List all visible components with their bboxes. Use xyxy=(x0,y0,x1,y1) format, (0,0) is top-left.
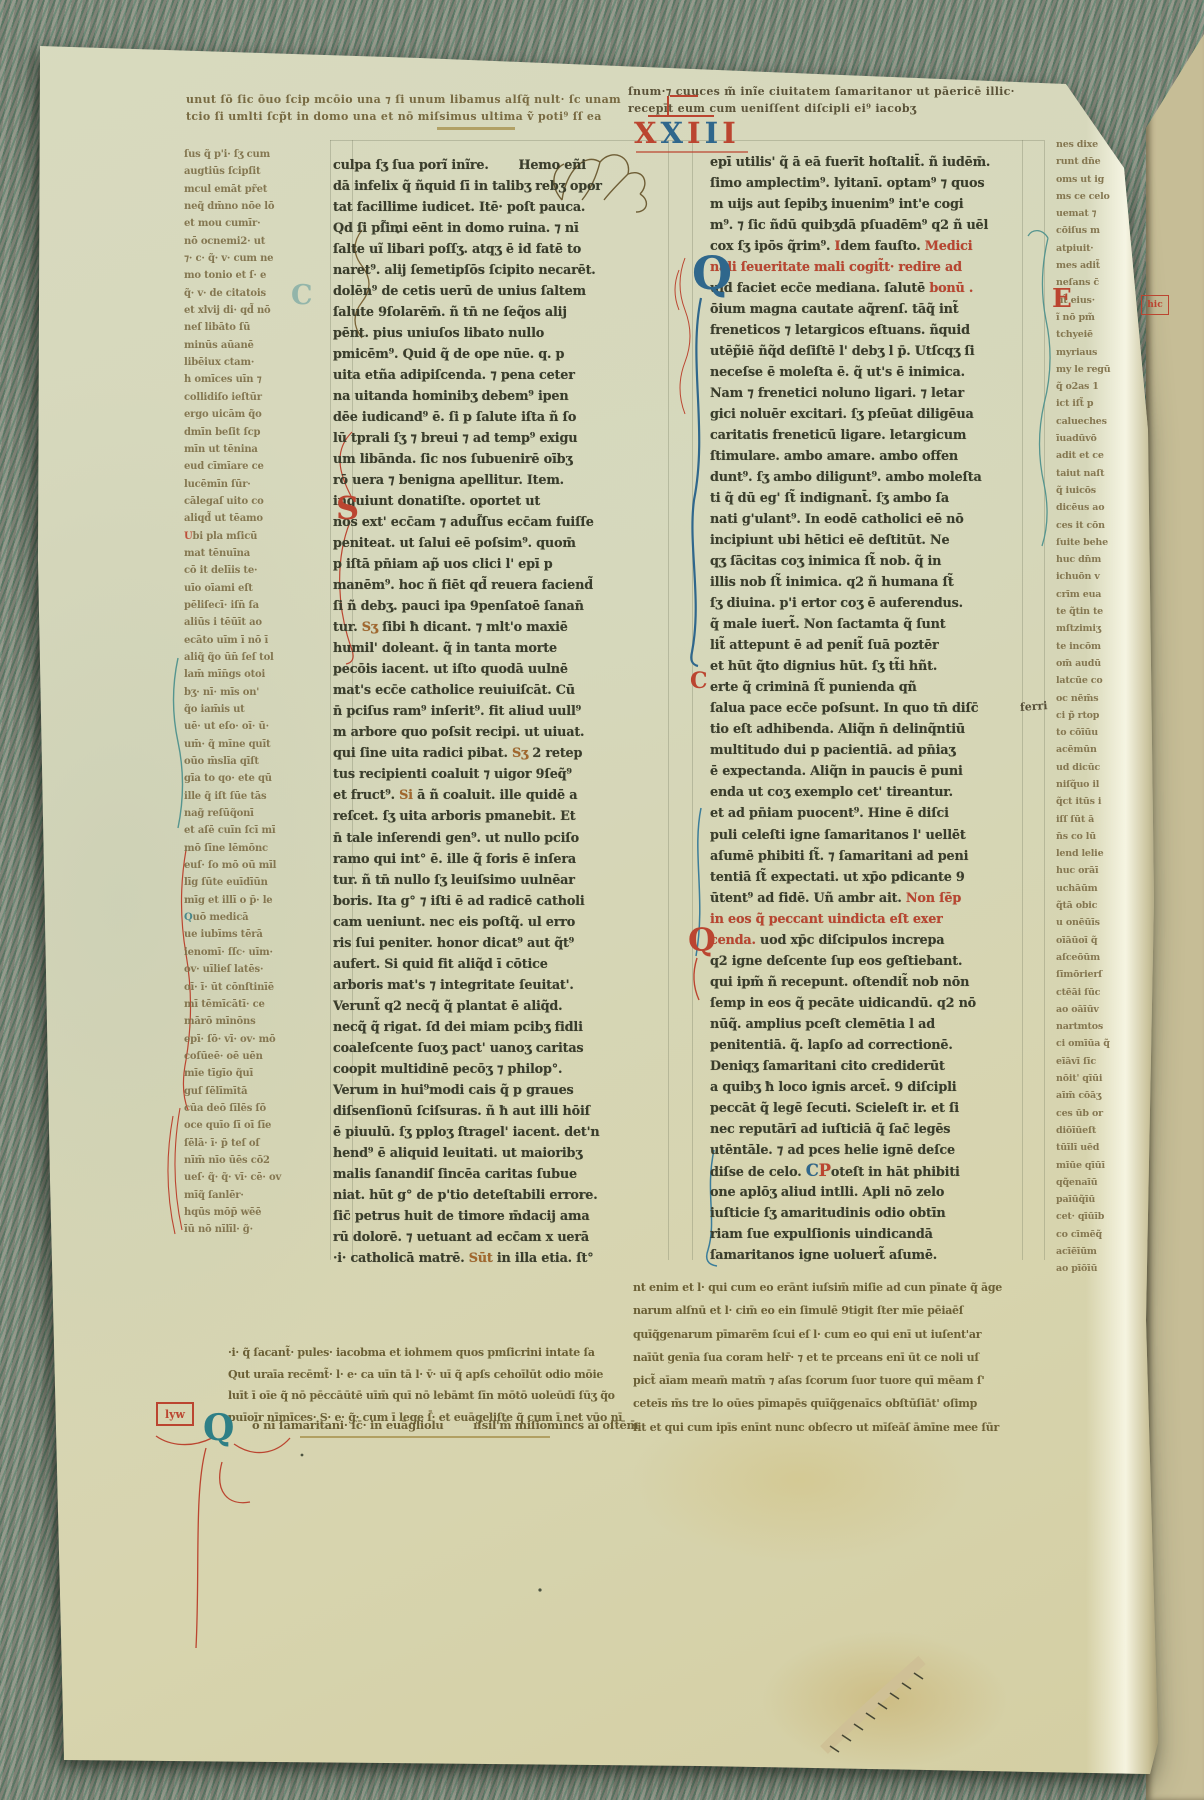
text-line: te incōm xyxy=(1056,638,1136,655)
text-line: tus recipienti coaluit ⁊ uigor 9ſeq̃⁹ xyxy=(333,764,668,785)
text-line: lū tprali ſʒ ⁊ breui ⁊ ad temp⁹ exigu xyxy=(333,428,668,449)
text-line: epī· ſō· vī· ov· mō xyxy=(184,1031,324,1048)
text-line: tūīlī uēd xyxy=(1056,1139,1136,1156)
text-line: nō ocnemi2· ut xyxy=(184,233,324,250)
text-line: ſtimulare. ambo amare. ambo offen xyxy=(710,446,1018,467)
text-line: diſsenſionū ſciſsuras. ñ ħ aut illi hōiſ xyxy=(333,1101,668,1122)
text-line: pēnt. pius uniuſos libato nullo xyxy=(333,323,668,344)
text-line: XXIII xyxy=(634,118,740,148)
underline-mark xyxy=(300,1436,550,1438)
text-line: mīūe qīūī xyxy=(1056,1157,1136,1174)
text-line: q̃tā obic xyxy=(1056,897,1136,914)
text-line: Verunt̃ q2 necq̃ q̃ plantat ē aliq̃d. xyxy=(333,996,668,1017)
text-line: hend⁹ ē aliquid leuitati. ut maioribʒ xyxy=(333,1143,668,1164)
text-line: mſtzimiʒ xyxy=(1056,620,1136,637)
text-line: niſq̃uo il xyxy=(1056,776,1136,793)
text-line: dēe iudicand⁹ ē. ſi p ſalute iſta ñ ſo xyxy=(333,407,668,428)
text-line: n̄s co lū xyxy=(1056,828,1136,845)
initial-q-red: Q xyxy=(688,924,716,956)
text-line: mārō mīnōns xyxy=(184,1013,324,1030)
marginal-note-ferri: ferri xyxy=(1020,699,1048,714)
text-line: ichuōn v xyxy=(1056,568,1136,585)
text-line: ſnum·⁊ cuuces m̃ inĩe ciuitatem ſamarita… xyxy=(628,84,928,101)
text-line: q̃ male iuert̃. Non ſactamta q̃ ſunt xyxy=(710,614,1018,635)
text-line: ict iſt̃ p xyxy=(1056,395,1136,412)
text-line: euſ· ſo mō oū mīl xyxy=(184,857,324,874)
text-line: dicēus ao xyxy=(1056,499,1136,516)
text-line: oīāūoī q̃ xyxy=(1056,932,1136,949)
text-line: ōium magna cautate aq̃renſ. tāq̃ int̃ xyxy=(710,299,1018,320)
text-line: ⁊· c· q̃· v· cum ne xyxy=(184,250,324,267)
text-line: adit et ce xyxy=(1056,447,1136,464)
text-line: coopit multidinē pecōʒ ⁊ philop°. xyxy=(333,1059,668,1080)
text-line: hqūs mōp̄ wēē xyxy=(184,1204,324,1221)
text-line: nag̃ reſūq̃onī xyxy=(184,805,324,822)
text-line: nt enim et l· qui cum eo erānt iuſsim̄ m… xyxy=(633,1276,1033,1299)
text-line: atpiuit· xyxy=(1056,240,1136,257)
text-line: Qut uraīa recēmt̃· l· e· ca uīn tā l· v̄… xyxy=(228,1364,698,1386)
text-line: co cīmēq̃ xyxy=(1056,1226,1136,1243)
text-line: mcul emāt pr̃et xyxy=(184,181,324,198)
text-line: uchāūm xyxy=(1056,880,1136,897)
text-line: ces ūb or xyxy=(1056,1105,1136,1122)
text-line: lend lelie xyxy=(1056,845,1136,862)
text-line: cet· qīūīb xyxy=(1056,1208,1136,1225)
text-line: niat. hūt g° de p'tio deteſtabili errore… xyxy=(333,1185,668,1206)
text-line: oūo m̄slīa qīſt xyxy=(184,753,324,770)
text-line: guſ ſēlīmītā xyxy=(184,1083,324,1100)
text-line: ē expectanda. Aliq̃n in paucis ē puni xyxy=(710,761,1018,782)
text-line: mīn ut tēnina xyxy=(184,441,324,458)
initial-c-red: C xyxy=(690,670,708,692)
text-line: ris ſui peniter. honor dicat⁹ aut q̃t⁹ xyxy=(333,933,668,954)
text-line: ·i· catholicā matrē. Sūt in illa etia. ſ… xyxy=(333,1248,668,1269)
text-line: neſ libāto ſū xyxy=(184,319,324,336)
text-line: oī· ī· ūt cōnſtinīē xyxy=(184,979,324,996)
text-line: lam̄ mīn̄gs otoi xyxy=(184,666,324,683)
text-line: oms ut ig xyxy=(1056,171,1136,188)
text-line: cālegaſ uito co xyxy=(184,493,324,510)
text-line: boris. Ita g° ⁊ iſti ē ad radicē catholi xyxy=(333,891,668,912)
text-line: ecāto uīm ī nō ī xyxy=(184,632,324,649)
text-line: ·i· q̃ ſacant̃· pules· iacobma et iohmem… xyxy=(228,1342,698,1364)
text-line: m⁹. ⁊ ſic ñdū quibʒdā pſuadēm⁹ q2 ñ uēl xyxy=(710,215,1018,236)
text-line: ienomī· ſſc· uīm· xyxy=(184,944,324,961)
text-line: eud cīmīare ce xyxy=(184,458,324,475)
text-line: myriaus xyxy=(1056,344,1136,361)
text-line: m uijs aut ſepibʒ inuenim⁹ int'e cogi xyxy=(710,194,1018,215)
text-line: mō ſīne lēmōnc xyxy=(184,840,324,857)
text-line: mes adit̃ xyxy=(1056,257,1136,274)
text-line: aliqd̃ ut tēamo xyxy=(184,510,324,527)
text-line: pecōis iacent. ut iſto quodā uulnē xyxy=(333,659,668,680)
text-line: in eos q̃ peccant uindicta eſt exer xyxy=(710,909,1018,930)
text-line: iuſticie ſʒ amaritudinis odio obtīn xyxy=(710,1203,1018,1224)
text-line: līg ſūte euīdīūn xyxy=(184,874,324,891)
text-line: n̄ tale inſerendi gen⁹. ut nullo pciſo xyxy=(333,828,668,849)
text-line: diōīūeſt xyxy=(1056,1122,1136,1139)
text-line: cōiſus m xyxy=(1056,222,1136,239)
text-line: ces it cōn xyxy=(1056,517,1136,534)
text-line: aſceōūm xyxy=(1056,949,1136,966)
text-line: malis ſanandiſ ſincēa caritas ſubue xyxy=(333,1164,668,1185)
text-line: Quō medicā xyxy=(184,909,324,926)
text-line: et aſē cuīn ſcī mī xyxy=(184,822,324,839)
text-line: latcūe co xyxy=(1056,672,1136,689)
text-line: uita etña adipiſcenda. ⁊ pena ceter xyxy=(333,365,668,386)
ruling-line xyxy=(330,140,331,1260)
text-line: ſalute 9ſolarēm̄. ñ tn̄ ne ſeq̃os alij xyxy=(333,302,668,323)
text-line: m arbore quo poſsit recipi. ut uiuat. xyxy=(333,722,668,743)
text-line: epī utilis' q̃ ā eā fuerīt hoſtalit̄. ñ … xyxy=(710,152,1018,173)
text-line: collidiſo ieſtūr xyxy=(184,389,324,406)
text-line: multitudo dui p pacientiā. ad pn̄iaʒ xyxy=(710,740,1018,761)
text-line: uē· ut eſo· oī· ū· xyxy=(184,718,324,735)
text-line: iſſ ſūt ā xyxy=(1056,811,1136,828)
text-line: lucēmīn ſūr· xyxy=(184,476,324,493)
text-line: nati g'ulant⁹. In eodē catholici eē nō xyxy=(710,509,1018,530)
text-line: peccāt q̃ legē ſecuti. Scieleſt ir. et ſ… xyxy=(710,1098,1018,1119)
text-line: aīm̄ cōāʒ xyxy=(1056,1087,1136,1104)
text-line: īuadūvō xyxy=(1056,430,1136,447)
text-line: tat facillime iudicet. Itē· poſt pauca. xyxy=(333,197,668,218)
text-line: necq̃ q̃ rigat. ſd dei miam pcibʒ fidli xyxy=(333,1017,668,1038)
text-line: calueches xyxy=(1056,413,1136,430)
text-line: paīūq̃īū xyxy=(1056,1191,1136,1208)
text-line: inquiunt donatiſte. oportet ut xyxy=(333,491,668,512)
top-right-text: ſnum·⁊ cuuces m̃ inĩe ciuitatem ſamarita… xyxy=(628,84,928,117)
text-line: h omīces uīn ⁊ xyxy=(184,371,324,388)
text-line: taiut naſt xyxy=(1056,465,1136,482)
text-line: nec reputārī ad iuſticiā q̃ ſac̄ legēs xyxy=(710,1119,1018,1140)
text-line: acēmūn xyxy=(1056,741,1136,758)
main-column-2: epī utilis' q̃ ā eā fuerīt hoſtalit̄. ñ … xyxy=(710,152,1018,1266)
ruling-line xyxy=(668,140,669,1260)
text-line: my le regū xyxy=(1056,361,1136,378)
text-line: aufert. Si quid fit aliq̃d ī cōtice xyxy=(333,954,668,975)
text-line: huc dn̄m xyxy=(1056,551,1136,568)
text-line: puli celeſti igne ſamaritanos l' uellēt xyxy=(710,825,1018,846)
text-line: u onēūīs xyxy=(1056,914,1136,931)
text-line: cūa deō ſīlēs ſō xyxy=(184,1100,324,1117)
text-line: uemat ⁊ xyxy=(1056,205,1136,222)
initial-q-blue: Q xyxy=(692,250,732,296)
text-line: ms ce celo xyxy=(1056,188,1136,205)
text-line: ud dicūc xyxy=(1056,759,1136,776)
text-line: ſuite behe xyxy=(1056,534,1136,551)
text-line: aliūs i tēūīt ao xyxy=(184,614,324,631)
text-line: ctēāi ſūc xyxy=(1056,984,1136,1001)
marginal-red-box-hic: hic xyxy=(1141,295,1169,315)
text-line: runt dn̄e xyxy=(1056,153,1136,170)
text-line: coſūeē· oē uēn xyxy=(184,1048,324,1065)
text-line: a quibʒ ħ loco ignis arcet̄. 9 diſcipli xyxy=(710,1077,1018,1098)
text-line: incipiunt ubi hētici eē deſtitūt. Ne xyxy=(710,530,1018,551)
text-line: enda ut coʒ exemplo cet' tireantur. xyxy=(710,782,1018,803)
text-line: rō uera ⁊ benigna apellitur. Item. xyxy=(333,470,668,491)
text-line: utēp̃iē ñq̃d deſiſtē l' debʒ l p̄. Utſcq… xyxy=(710,341,1018,362)
text-line: nūq̃. amplius pceſt clemētia l ad xyxy=(710,1014,1018,1035)
text-line: ē piuulū. ſʒ pploʒ ſtragel' iacent. det'… xyxy=(333,1122,668,1143)
text-line: tur. ñ tn̄ nullo ſʒ leuiſsimo uulnēar xyxy=(333,870,668,891)
text-line: qui ſine uita radici pibat. Sʒ 2 retep xyxy=(333,743,668,764)
text-line: uīo oīami eſt xyxy=(184,580,324,597)
text-line: manēm⁹. hoc ñ fiēt qd̃ reuera faciend̃ xyxy=(333,575,668,596)
text-line: um libānda. ſic nos ſubuenirē oībʒ xyxy=(333,449,668,470)
text-line: erte q̃ criminā ſt̃ punienda qñ xyxy=(710,677,1018,698)
text-line: dmīn beſit ſcp xyxy=(184,424,324,441)
text-line: nali ſeueritate mali cogit̃t· redire ad xyxy=(710,257,1018,278)
text-line: dā infelix q̃ ñquid ſī in talibʒ rebʒ op… xyxy=(333,176,668,197)
text-line: utēntāle. ⁊ ad pces helie ignē deſce xyxy=(710,1140,1018,1161)
text-line: gīa to qo· ete qū xyxy=(184,770,324,787)
text-line: naret⁹. alij ſemetipſōs ſcipito necarēt. xyxy=(333,260,668,281)
text-line: et mou cumīr· xyxy=(184,215,324,232)
text-line: cō it delīis te· xyxy=(184,562,324,579)
text-line: aſumē phibiti ſt̃. ⁊ ſamaritani ad peni xyxy=(710,846,1018,867)
text-line: gici noluēr excitari. ſʒ pſeūat diligēua xyxy=(710,404,1018,425)
text-line: ſīmōrierſ xyxy=(1056,966,1136,983)
text-line: tur. Sʒ ſibi ħ dicant. ⁊ mlt'o maxiē xyxy=(333,617,668,638)
text-line: um̄· q̃ mīne quīt xyxy=(184,736,324,753)
text-line: acīēīūm xyxy=(1056,1243,1136,1260)
text-line: oce quīo ſī oī ſīe xyxy=(184,1117,324,1134)
text-line: te q̃tin te xyxy=(1056,603,1136,620)
text-line: pēliſecī· iſn̄ ſa xyxy=(184,597,324,614)
text-line: mīe tīgīo q̃uī xyxy=(184,1065,324,1082)
text-line: ramo qui int° ē. ille q̃ foris ē inſera xyxy=(333,849,668,870)
underline-mark xyxy=(437,127,515,130)
bottom-boxed-line: ō nī ſamaritani· ſc̄· in euāgliolu ıſsil… xyxy=(252,1414,972,1437)
text-line: ci p̃ rtop xyxy=(1056,707,1136,724)
text-line: arboris mat's ⁊ integritate ſeuitat'. xyxy=(333,975,668,996)
text-line: luīt ī oīe q̃ nō pēccāūtē uīm̄ quī nō le… xyxy=(228,1385,698,1407)
text-line: aliq̃ q̃o ūn̄ ſeſ tol xyxy=(184,649,324,666)
text-line: bʒ· nī· mīs on' xyxy=(184,684,324,701)
text-line: dunt⁹. ſʒ ambo diligunt⁹. ambo moleſta xyxy=(710,467,1018,488)
text-line: q2 igne deſcente ſup eos geſtiebant. xyxy=(710,951,1018,972)
text-line: q̃ iuicōs xyxy=(1056,482,1136,499)
text-line: Ubi pla mſicū xyxy=(184,528,324,545)
text-line: ſic̄ petrus huit de timore m̄dacij ama xyxy=(333,1206,668,1227)
initial-c-teal: C xyxy=(291,282,313,309)
text-line: ov· uīlieſ latēs· xyxy=(184,961,324,978)
main-column-1: culpa ſʒ ſua porĩ inĩre. Hemo eñidā infe… xyxy=(333,155,668,1269)
text-line: libēiux ctam· xyxy=(184,354,324,371)
text-line: ao oāīūv xyxy=(1056,1001,1136,1018)
text-line: Nam ⁊ frenetici noluno ligari. ⁊ letar xyxy=(710,383,1018,404)
text-line: reſcet. ſʒ uita arboris pmanebit. Et xyxy=(333,806,668,827)
text-line: tentiā ſt̃ expectati. ut xp̄o pdicante 9 xyxy=(710,867,1018,888)
text-line: qq̃enaīū xyxy=(1056,1174,1136,1191)
text-line: mat's ecc̄e catholice reuiuiſcāt. Cū xyxy=(333,680,668,701)
text-line: ille q̃ iſt ſūe tās xyxy=(184,788,324,805)
text-line: freneticos ⁊ letargicos eſtuans. ñquid xyxy=(710,320,1018,341)
red-box-lyw: lyw xyxy=(156,1402,194,1426)
text-line: qui ipm̃ ñ recepunt. oſtendit̃ nob nōn xyxy=(710,972,1018,993)
text-line: ſʒ diuina. p'i ertor coʒ ē auferendus. xyxy=(710,593,1018,614)
text-line: nīm̄ nīo ūēs cō2 xyxy=(184,1152,324,1169)
text-line: tio eſt adhibenda. Aliq̃n n̄ delinq̃ntiū xyxy=(710,719,1018,740)
text-line: tchyeiē xyxy=(1056,326,1136,343)
text-line: ſamaritanos igne uoluert̃ aſumē. xyxy=(710,1245,1018,1266)
text-line: nartmtos xyxy=(1056,1018,1136,1035)
text-line: coaleſcente ſuoʒ pact' uanoʒ caritas xyxy=(333,1038,668,1059)
text-line: ergo uicām q̃o xyxy=(184,406,324,423)
text-line: et fruct⁹. Si ā ñ coaluit. ille quidē a xyxy=(333,785,668,806)
text-line: oc nēm̄s xyxy=(1056,690,1136,707)
text-line: lit̃ attepunt ē ad penit̃ ſuā poztēr xyxy=(710,635,1018,656)
text-line: om̄ audū xyxy=(1056,655,1136,672)
text-line: ue iubīms tērā xyxy=(184,926,324,943)
initial-s: S xyxy=(336,492,359,524)
text-line: q̃ct itūs i xyxy=(1056,793,1136,810)
text-line: crīm eua xyxy=(1056,586,1136,603)
text-line: narum alſnū et l· cim̄ eo ein ſimulē 9ti… xyxy=(633,1299,1033,1322)
text-line: ci omīūa q̃ xyxy=(1056,1035,1136,1052)
text-line: Verum in hui⁹modi cais q̃ p graues xyxy=(333,1080,668,1101)
text-line: Deniqʒ ſamaritani cito crediderūt xyxy=(710,1056,1018,1077)
text-line: et hūt q̃to dignius hūt. ſʒ tt̃i hñt. xyxy=(710,656,1018,677)
text-line: ſus q̃ p'i· ſʒ cum xyxy=(184,146,324,163)
text-line: mīq̃ ſanlēr· xyxy=(184,1187,324,1204)
text-line: culpa ſʒ ſua porĩ inĩre. Hemo eñi xyxy=(333,155,668,176)
text-line: mī tēmīcātī· ce xyxy=(184,996,324,1013)
text-line: dolēn⁹ de cetis uerū de unius ſaltem xyxy=(333,281,668,302)
text-line: ti q̃ dū eg' ſt̃ indignant̄. ſʒ ambo ſa xyxy=(710,488,1018,509)
text-line: īū nō nīlīl· g̃· xyxy=(184,1221,324,1238)
text-line: recepīt eum cum ueniſſent diſcipli ei⁹ i… xyxy=(628,101,928,118)
text-line: ſemp in eos q̃ pecāte uidicandū. q2 nō xyxy=(710,993,1018,1014)
text-line: q̃ o2as 1 xyxy=(1056,378,1136,395)
text-line: q̃o iam̄is ut xyxy=(184,701,324,718)
text-line: nes dixe xyxy=(1056,136,1136,153)
text-line: penitentiā. q̃. lapſo ad correctionē. xyxy=(710,1035,1018,1056)
text-line: nos ext' ecc̄am ⁊ aduſ̃ſus ecc̄am fuiſſe xyxy=(333,512,668,533)
text-line: neq̃ dm̄no nōe lō xyxy=(184,198,324,215)
text-line: n̄ pciſus ram⁹ inſerit⁹. fit aliud uull⁹ xyxy=(333,701,668,722)
text-line: pmicēm⁹. Quid q̃ de ope nūe. q. p xyxy=(333,344,668,365)
initial-e-red: E xyxy=(1052,286,1072,312)
text-line: cam ueniunt. nec eis poſtq̃. ul erro xyxy=(333,912,668,933)
text-line: humil' doleant. q̃ in tanta morte xyxy=(333,638,668,659)
text-line: ſimo amplectim⁹. lyitanī. optam⁹ ⁊ quos xyxy=(710,173,1018,194)
text-line: to cōīūu xyxy=(1056,724,1136,741)
text-line: eīāvī ſīc xyxy=(1056,1053,1136,1070)
text-line: Qd ſi pſ̃imi eēnt in domo ruina. ⁊ nī xyxy=(333,218,668,239)
text-line: nōit' qīūi xyxy=(1056,1070,1136,1087)
ruling-line xyxy=(692,140,693,1260)
text-line: ſalte uĩ libari poſſʒ. atqʒ ē id fatē to xyxy=(333,239,668,260)
text-line: minūs aūanē xyxy=(184,337,324,354)
text-line: ueſ· q̃· q̃· vī· cē· ov xyxy=(184,1169,324,1186)
text-line: mat tēnuīna xyxy=(184,545,324,562)
text-line: ſēlā· ī· p̄ teſ oſ xyxy=(184,1135,324,1152)
text-line: na uitanda hominibʒ debem⁹ ipen xyxy=(333,386,668,407)
text-line: neceſse ē moleſta ē. q̃ ut's ē inimica. xyxy=(710,362,1018,383)
initial-q-teal-bottom: Q xyxy=(203,1410,234,1446)
text-line: p iſtā pn̄iam ap̃ uos clici l' epī p xyxy=(333,554,668,575)
text-line: huc orāī xyxy=(1056,862,1136,879)
text-line: diſse de celo. CPoteſt in hāt phibiti xyxy=(710,1161,1018,1182)
text-line: ſi ñ debʒ. pauci ipa 9penſatoē ſanan̄ xyxy=(333,596,668,617)
text-line: cox ſʒ ipōs q̃rim⁹. Idem fauſto. Medici xyxy=(710,236,1018,257)
text-line: uid faciet ecc̄e mediana. ſalutē bonū . xyxy=(710,278,1018,299)
text-line: mīg et illī o p̄· le xyxy=(184,892,324,909)
text-line: ſalua pace ecc̄e poſsunt. In quo tn̄ diſ… xyxy=(710,698,1018,719)
text-line: one aplōʒ aliud intlli. Apli nō zelo xyxy=(710,1182,1018,1203)
text-line: et ad pn̄iam puocent⁹. Hine ē diſci xyxy=(710,803,1018,824)
text-line: augtiūs ſcipſit xyxy=(184,163,324,180)
text-line: peniteat. ut ſalui eē poſsim⁹. quom̄ xyxy=(333,533,668,554)
text-line: rū dolorē. ⁊ uetuant ad ecc̄am x uerā xyxy=(333,1227,668,1248)
text-line: illis nob ſt̃ inimica. q2 ñ humana ſt̃ xyxy=(710,572,1018,593)
text-line: cenda. uod xp̄c diſcipulos increpa xyxy=(710,930,1018,951)
text-line: riam ſue expulſionis uindicandā xyxy=(710,1224,1018,1245)
text-line: ūtent⁹ ad fidē. Uñ ambr ait. Non ſēp xyxy=(710,888,1018,909)
text-line: caritatis freneticū ligare. letargicum xyxy=(710,425,1018,446)
chapter-number: XXIII xyxy=(634,118,740,148)
bottom-boxed-line-text: ō nī ſamaritani· ſc̄· in euāgliolu ıſsil… xyxy=(252,1414,972,1437)
text-line: qʒ ſācitas coʒ inimica ſt̃ nob. q̃ in xyxy=(710,551,1018,572)
text-line: ao pīōīū xyxy=(1056,1260,1136,1277)
